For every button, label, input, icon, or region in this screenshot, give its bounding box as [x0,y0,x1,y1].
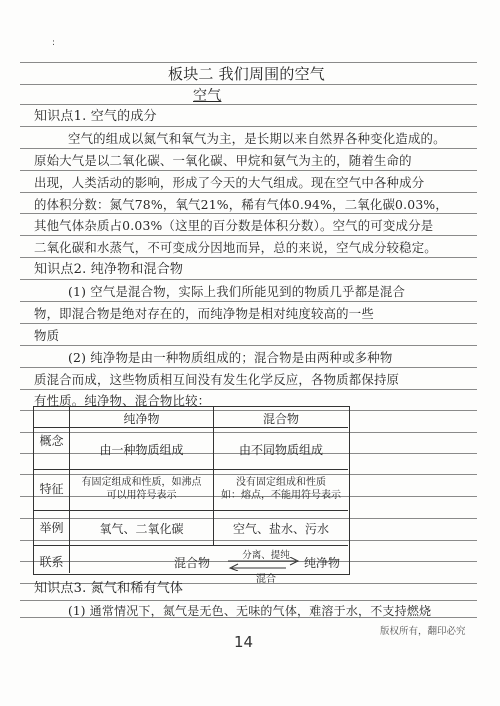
cell-example-mixture: 空气、盐水、污水 [214,520,348,537]
relation-backward-label: 混合 [246,570,286,585]
ruled-line [20,323,477,324]
paragraph-line: (1) 通常情况下，氮气是无色、无味的气体，难溶于水，不支持燃烧 [68,603,431,619]
ruled-line [20,213,477,214]
paragraph-line: 空气的组成以氮气和氧气为主，是长期以来自然界各种变化造成的。 [68,131,446,147]
relation-diagram: 混合物 分离、提纯 纯净物 混合 [174,551,374,579]
row-label-concept: 概念 [34,434,69,448]
relation-to: 纯净物 [304,554,340,571]
ruled-line [20,257,477,258]
paragraph-line: 物质 [34,328,59,344]
ruled-line [20,600,477,601]
relation-from: 混合物 [174,554,210,571]
table-divider [34,510,348,511]
ruled-line [20,367,477,368]
notebook-page: : 板块二 我们周围的空气 空气 知识点1. 空气的成分 空气的组成以氮气和氧气… [0,0,500,706]
knowledge-point-2-heading: 知识点2. 纯净物和混合物 [34,262,183,278]
stray-mark: : [52,38,55,48]
ruled-line [20,345,477,346]
paragraph-line: (1) 空气是混合物，实际上我们所能见到的物质几乎都是混合 [68,284,405,300]
page-number: 14 [234,633,253,651]
knowledge-point-3-heading: 知识点3. 氮气和稀有气体 [34,581,183,597]
knowledge-point-1-heading: 知识点1. 空气的成分 [34,109,157,125]
comparison-table: 纯净物 混合物 概念 由一种物质组成 由不同物质组成 特征 有固定组成和性质，如… [33,406,350,575]
ruled-line [20,126,477,127]
ruled-line [20,192,477,193]
paragraph-line: 物，即混合物是绝对存在的，而纯净物是相对纯度较高的一些 [34,306,374,322]
column-header-pure: 纯净物 [70,410,213,427]
paragraph-line: 质混合而成，这些物质相互间没有发生化学反应，各物质都保持原 [34,372,399,388]
bidirectional-arrow-icon [226,557,302,571]
table-divider [34,469,348,470]
paragraph-line: (2) 纯净物是由一种物质组成的；混合物是由两种或多种物 [68,350,392,366]
copyright-notice: 版权所有，翻印必究 [380,623,466,637]
ruled-line [20,62,477,63]
cell-concept-pure: 由一种物质组成 [70,441,213,458]
ruled-line [20,148,477,149]
ruled-line [20,301,477,302]
paragraph-line: 原始大气是以二氧化碳、一氧化碳、甲烷和氨气为主的，随着生命的 [34,153,412,169]
table-divider [34,427,348,428]
ruled-line [20,84,477,85]
ruled-line [20,104,477,105]
cell-feature-pure: 有固定组成和性质，如沸点 可以用符号表示 [70,476,213,502]
ruled-line [20,170,477,171]
paragraph-line: 其他气体杂质占0.03%（这里的百分数是体积分数）。空气的可变成分是 [34,218,433,234]
row-label-feature: 特征 [34,482,69,496]
column-header-mixture: 混合物 [214,410,348,427]
row-label-example: 举例 [34,521,69,535]
ruled-line [20,279,477,280]
page-subtitle: 空气 [193,88,221,104]
row-label-relation: 联系 [34,555,69,569]
cell-concept-mixture: 由不同物质组成 [214,441,348,458]
table-divider [34,545,348,546]
ruled-line [20,235,477,236]
paragraph-line: 的体积分数：氮气78%，氧气21%，稀有气体0.94%，二氧化碳0.03%， [34,197,448,213]
cell-example-pure: 氧气、二氧化碳 [70,520,213,537]
ruled-line [20,389,477,390]
paragraph-line: 二氧化碳和水蒸气，不可变成分因地而异，总的来说，空气成分较稳定。 [34,240,437,256]
page-title: 板块二 我们周围的空气 [168,66,325,82]
paragraph-line: 出现，人类活动的影响，形成了今天的大气组成。现在空气中各种成分 [34,175,424,191]
cell-feature-mixture: 没有固定组成和性质 如：熔点，不能用符号表示 [214,476,348,502]
